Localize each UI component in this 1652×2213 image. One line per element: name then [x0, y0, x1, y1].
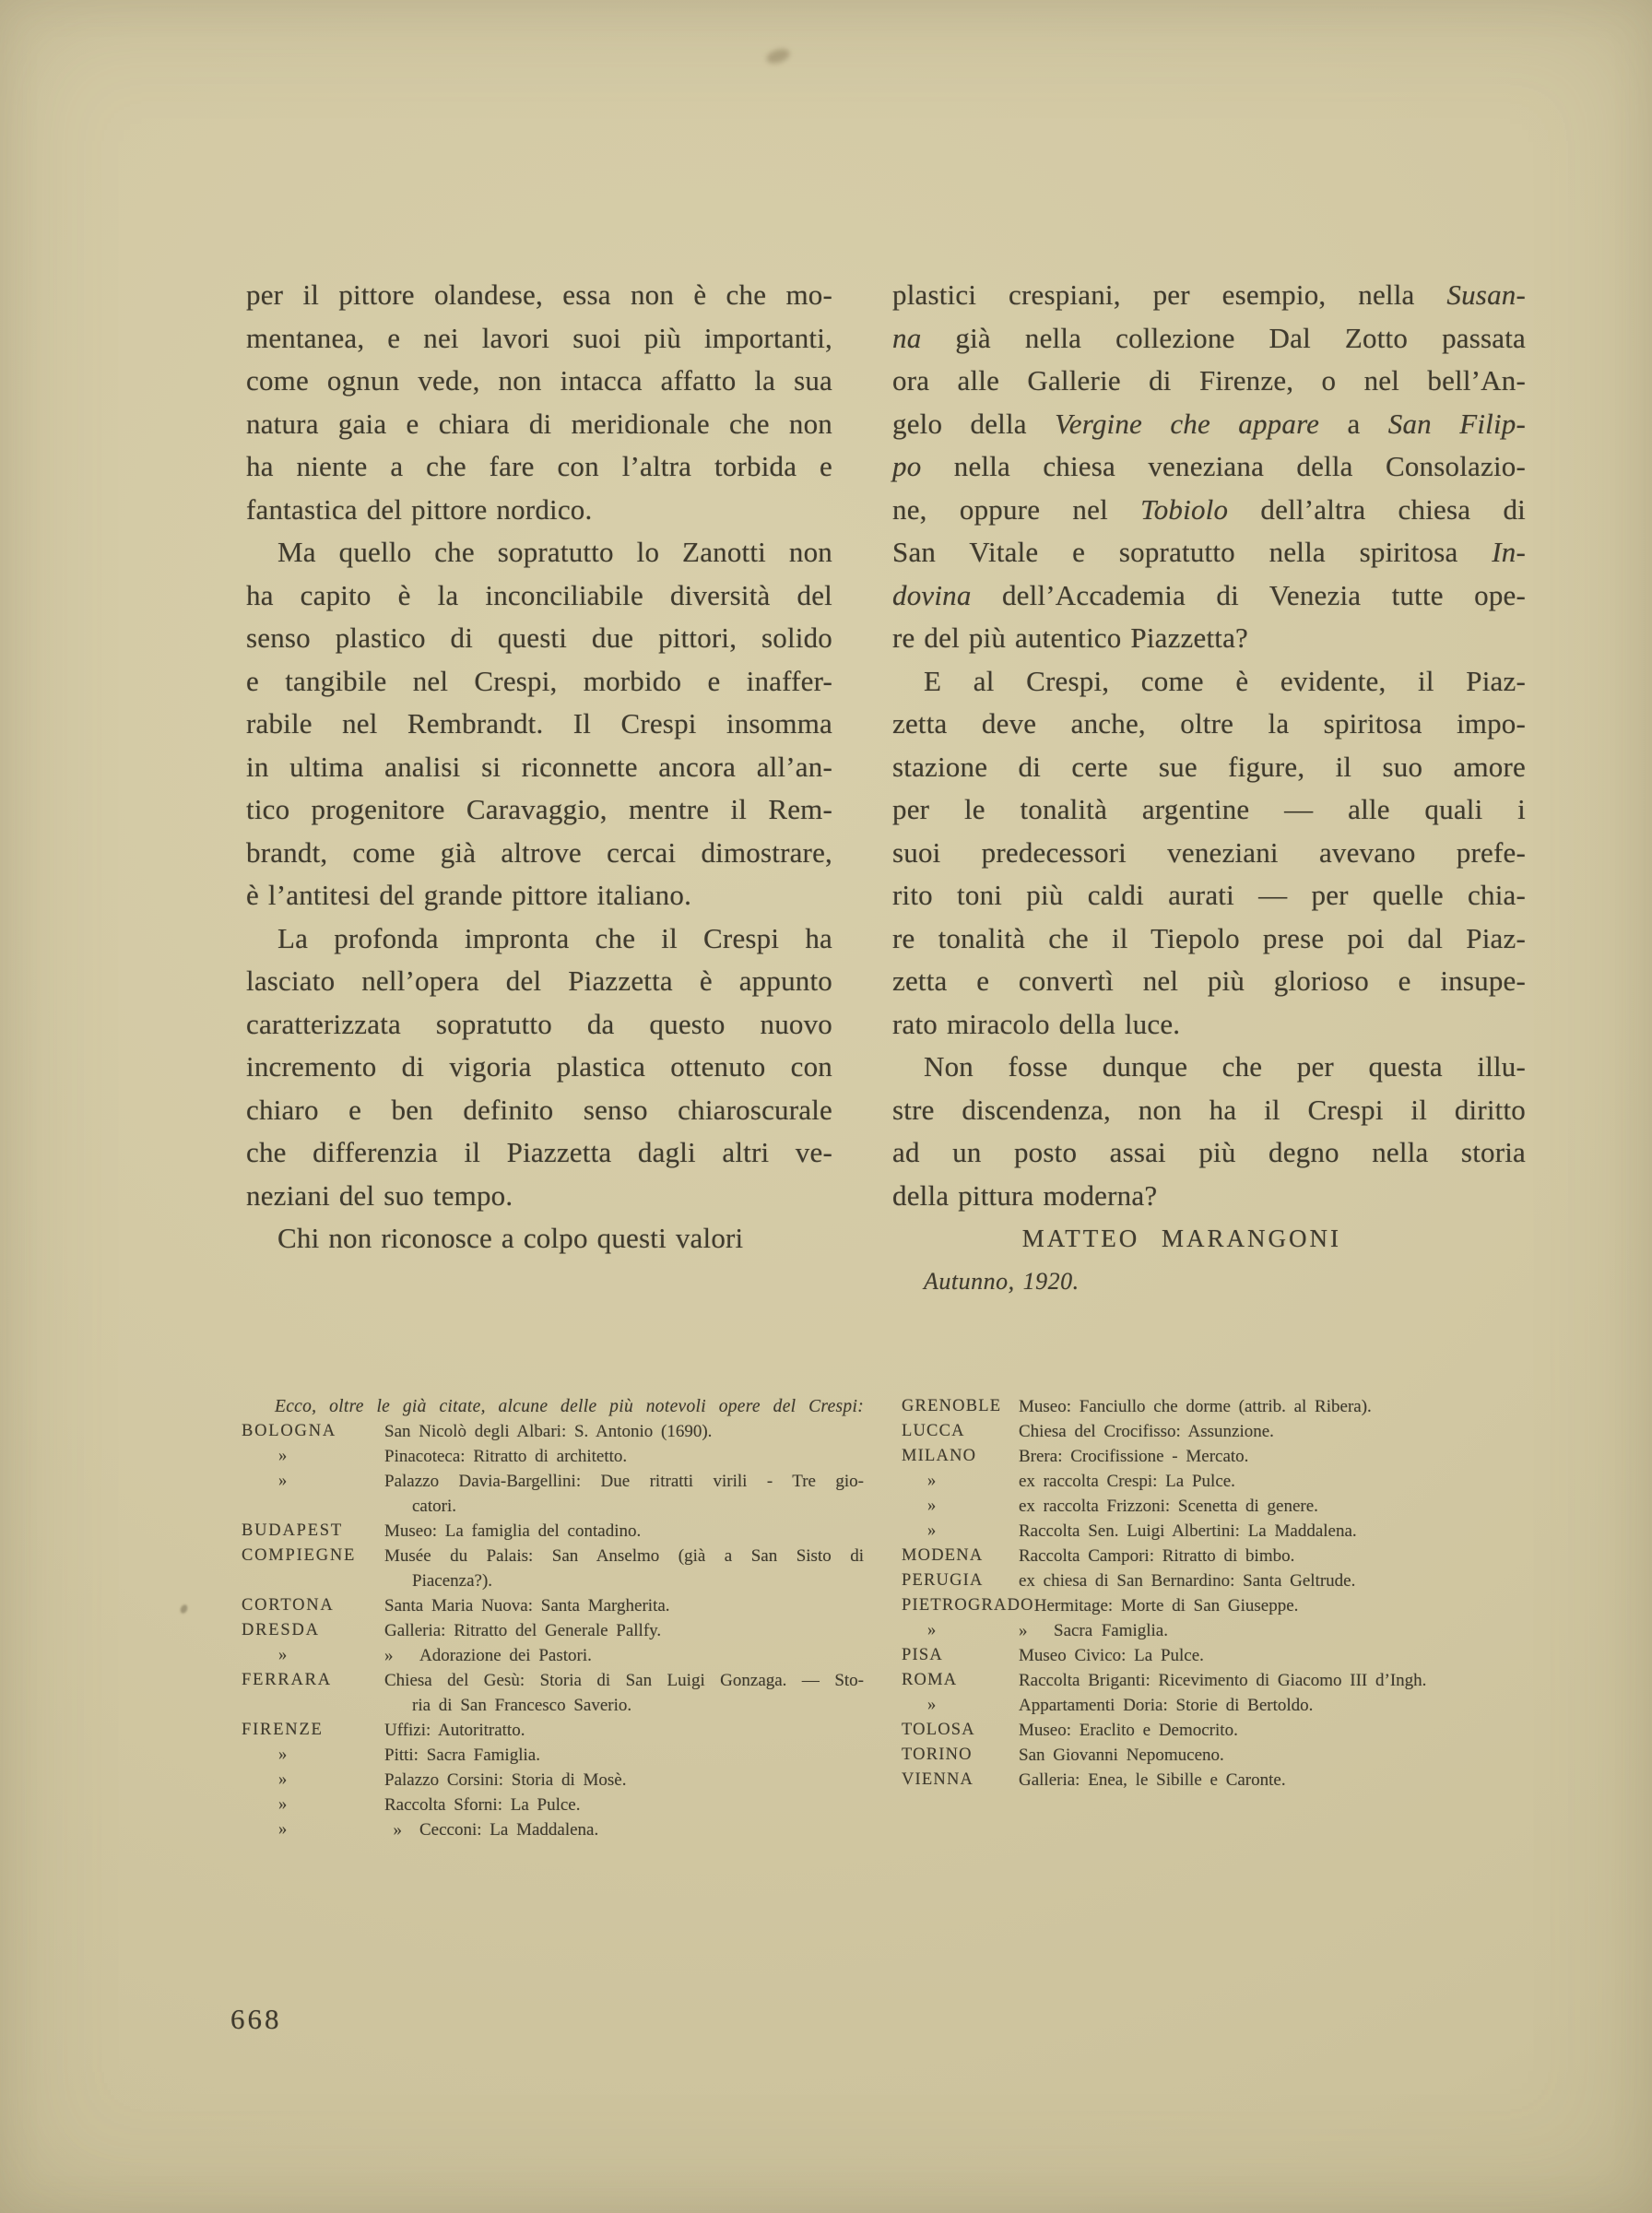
author-signature: MATTEO MARANGONI — [892, 1217, 1526, 1260]
city-label: MILANO — [902, 1444, 1019, 1469]
catalog-row: »Palazzo Davia-Bargellini: Due ritratti … — [242, 1469, 864, 1519]
catalog-row: LUCCAChiesa del Crocifisso: Assunzione. — [902, 1419, 1547, 1444]
work-line: Raccolta Briganti: Ricevimento di Giacom… — [1019, 1668, 1547, 1693]
city-label: » — [242, 1817, 384, 1842]
work-description: Palazzo Corsini: Storia di Mosè. — [384, 1768, 864, 1793]
text-line: plastici crespiani, per esempio, nella S… — [892, 274, 1526, 317]
text-line: Chi non riconosce a colpo questi valori — [246, 1217, 832, 1260]
catalog-row: CORTONASanta Maria Nuova: Santa Margheri… — [242, 1593, 864, 1618]
text-line: neziani del suo tempo. — [246, 1175, 832, 1218]
catalog-row: »Pinacoteca: Ritratto di architetto. — [242, 1444, 864, 1469]
work-description: Santa Maria Nuova: Santa Margherita. — [384, 1593, 864, 1618]
article-column-right-lines: plastici crespiani, per esempio, nella S… — [892, 274, 1526, 1217]
work-line: catori. — [384, 1494, 864, 1519]
text-line: San Vitale e sopratutto nella spiritosa … — [892, 531, 1526, 574]
text-line: re tonalità che il Tiepolo prese poi dal… — [892, 917, 1526, 961]
work-description: Raccolta Briganti: Ricevimento di Giacom… — [1019, 1668, 1547, 1693]
catalog-row: COMPIEGNEMusée du Palais: San Anselmo (g… — [242, 1544, 864, 1593]
catalog-row: PERUGIAex chiesa di San Bernardino: Sant… — [902, 1568, 1547, 1593]
work-line: Pitti: Sacra Famiglia. — [384, 1743, 864, 1768]
work-description: Appartamenti Doria: Storie di Bertoldo. — [1019, 1693, 1547, 1718]
city-label: LUCCA — [902, 1419, 1019, 1444]
text-line: incremento di vigoria plastica ottenuto … — [246, 1046, 832, 1089]
text-line: dovina dell’Accademia di Venezia tutte o… — [892, 574, 1526, 618]
city-label: » — [242, 1444, 384, 1469]
text-line: è l’antitesi del grande pittore italiano… — [246, 874, 832, 917]
city-label: DRESDA — [242, 1618, 384, 1643]
work-line: Chiesa del Crocifisso: Assunzione. — [1019, 1419, 1547, 1444]
text-line: gelo della Vergine che appare a San Fili… — [892, 403, 1526, 446]
city-label: CORTONA — [242, 1593, 384, 1618]
catalog-row: FERRARAChiesa del Gesù: Storia di San Lu… — [242, 1668, 864, 1718]
city-label: » — [902, 1494, 1019, 1519]
work-line: ria di San Francesco Saverio. — [384, 1693, 864, 1718]
work-description: » Sacra Famiglia. — [1019, 1618, 1547, 1643]
text-line: chiaro e ben definito senso chiaroscural… — [246, 1089, 832, 1132]
work-line: Brera: Crocifissione - Mercato. — [1019, 1444, 1547, 1469]
catalog-row: PISAMuseo Civico: La Pulce. — [902, 1643, 1547, 1668]
city-label: TORINO — [902, 1743, 1019, 1768]
text-line: po nella chiesa veneziana della Consolaz… — [892, 445, 1526, 489]
work-line: ex chiesa di San Bernardino: Santa Geltr… — [1019, 1568, 1547, 1593]
text-line: brandt, come già altrove cercai dimostra… — [246, 832, 832, 875]
catalog-row: GRENOBLEMuseo: Fanciullo che dorme (attr… — [902, 1394, 1547, 1419]
text-line: tico progenitore Caravaggio, mentre il R… — [246, 788, 832, 832]
article-column-right: plastici crespiani, per esempio, nella S… — [892, 274, 1526, 1303]
catalog-row: MODENARaccolta Campori: Ritratto di bimb… — [902, 1544, 1547, 1568]
work-description: ex raccolta Frizzoni: Scenetta di genere… — [1019, 1494, 1547, 1519]
work-line: Raccolta Sforni: La Pulce. — [384, 1793, 864, 1817]
work-line: Galleria: Ritratto del Generale Pallfy. — [384, 1618, 864, 1643]
text-line: re del più autentico Piazzetta? — [892, 617, 1526, 660]
work-description: Raccolta Sen. Luigi Albertini: La Maddal… — [1019, 1519, 1547, 1544]
city-label: TOLOSA — [902, 1718, 1019, 1743]
city-label: » — [242, 1768, 384, 1793]
work-line: Palazzo Corsini: Storia di Mosè. — [384, 1768, 864, 1793]
paper-speck — [179, 1604, 189, 1615]
work-description: Palazzo Davia-Bargellini: Due ritratti v… — [384, 1469, 864, 1519]
work-description: Galleria: Ritratto del Generale Pallfy. — [384, 1618, 864, 1643]
catalog-row: BUDAPESTMuseo: La famiglia del contadino… — [242, 1519, 864, 1544]
work-description: San Giovanni Nepomuceno. — [1019, 1743, 1547, 1768]
text-line: mentanea, e nei lavori suoi più importan… — [246, 317, 832, 361]
work-line: Raccolta Campori: Ritratto di bimbo. — [1019, 1544, 1547, 1568]
text-line: rato miracolo della luce. — [892, 1003, 1526, 1047]
text-line: lasciato nell’opera del Piazzetta è appu… — [246, 960, 832, 1003]
catalog-row: DRESDAGalleria: Ritratto del Generale Pa… — [242, 1618, 864, 1643]
text-line: rabile nel Rembrandt. Il Crespi insomma — [246, 703, 832, 746]
work-description: San Nicolò degli Albari: S. Antonio (169… — [384, 1419, 864, 1444]
page-number: 668 — [230, 2003, 282, 2036]
text-line: della pittura moderna? — [892, 1175, 1526, 1218]
work-line: Hermitage: Morte di San Giuseppe. — [1034, 1593, 1547, 1618]
article-column-left: per il pittore olandese, essa non è che … — [246, 274, 832, 1260]
work-line: Palazzo Davia-Bargellini: Due ritratti v… — [384, 1469, 864, 1494]
city-label: MODENA — [902, 1544, 1019, 1568]
text-line: na già nella collezione Dal Zotto passat… — [892, 317, 1526, 361]
text-line: fantastica del pittore nordico. — [246, 489, 832, 532]
catalog-left: Ecco, oltre le già citate, alcune delle … — [242, 1394, 864, 1842]
city-label: PISA — [902, 1643, 1019, 1668]
city-label: PIETROGRADO — [902, 1593, 1034, 1618]
catalog-row: »Pitti: Sacra Famiglia. — [242, 1743, 864, 1768]
work-description: Chiesa del Crocifisso: Assunzione. — [1019, 1419, 1547, 1444]
city-label: » — [902, 1618, 1019, 1643]
city-label: VIENNA — [902, 1768, 1019, 1793]
work-line: Museo: Eraclito e Democrito. — [1019, 1718, 1547, 1743]
city-label: » — [242, 1743, 384, 1768]
text-line: suoi predecessori veneziani avevano pref… — [892, 832, 1526, 875]
catalog-row: BOLOGNASan Nicolò degli Albari: S. Anton… — [242, 1419, 864, 1444]
text-line: E al Crespi, come è evidente, il Piaz- — [892, 660, 1526, 704]
work-description: Chiesa del Gesù: Storia di San Luigi Gon… — [384, 1668, 864, 1718]
catalog-row: »Raccolta Sforni: La Pulce. — [242, 1793, 864, 1817]
catalog-intro: Ecco, oltre le già citate, alcune delle … — [242, 1394, 864, 1419]
work-description: Pinacoteca: Ritratto di architetto. — [384, 1444, 864, 1469]
city-label: GRENOBLE — [902, 1394, 1019, 1419]
catalog-left-rows: BOLOGNASan Nicolò degli Albari: S. Anton… — [242, 1419, 864, 1842]
city-label: » — [242, 1643, 384, 1668]
work-line: » Sacra Famiglia. — [1019, 1618, 1547, 1643]
city-label: » — [902, 1693, 1019, 1718]
catalog-row: » » Cecconi: La Maddalena. — [242, 1817, 864, 1842]
text-line: ha niente a che fare con l’altra torbida… — [246, 445, 832, 489]
work-description: Museo: Fanciullo che dorme (attrib. al R… — [1019, 1394, 1547, 1419]
catalog-row: TOLOSAMuseo: Eraclito e Democrito. — [902, 1718, 1547, 1743]
text-line: ad un posto assai più degno nella storia — [892, 1131, 1526, 1175]
scanned-book-page: per il pittore olandese, essa non è che … — [0, 0, 1652, 2213]
city-label: BOLOGNA — [242, 1419, 384, 1444]
work-description: Brera: Crocifissione - Mercato. — [1019, 1444, 1547, 1469]
work-line: ex raccolta Crespi: La Pulce. — [1019, 1469, 1547, 1494]
catalog-row: PIETROGRADOHermitage: Morte di San Giuse… — [902, 1593, 1547, 1618]
work-line: Appartamenti Doria: Storie di Bertoldo. — [1019, 1693, 1547, 1718]
text-line: zetta deve anche, oltre la spiritosa imp… — [892, 703, 1526, 746]
catalog-row: »ex raccolta Crespi: La Pulce. — [902, 1469, 1547, 1494]
work-line: » Cecconi: La Maddalena. — [384, 1817, 864, 1842]
text-line: come ognun vede, non intacca affatto la … — [246, 360, 832, 403]
catalog-row: »Raccolta Sen. Luigi Albertini: La Madda… — [902, 1519, 1547, 1544]
work-description: Musée du Palais: San Anselmo (già a San … — [384, 1544, 864, 1593]
text-line: Non fosse dunque che per questa illu- — [892, 1046, 1526, 1089]
work-line: Galleria: Enea, le Sibille e Caronte. — [1019, 1768, 1547, 1793]
catalog-row: TORINOSan Giovanni Nepomuceno. — [902, 1743, 1547, 1768]
catalog-right-rows: GRENOBLEMuseo: Fanciullo che dorme (attr… — [902, 1394, 1547, 1793]
work-line: Uffizi: Autoritratto. — [384, 1718, 864, 1743]
work-description: ex chiesa di San Bernardino: Santa Geltr… — [1019, 1568, 1547, 1593]
text-line: Ma quello che sopratutto lo Zanotti non — [246, 531, 832, 574]
text-line: ora alle Gallerie di Firenze, o nel bell… — [892, 360, 1526, 403]
text-line: per le tonalità argentine — alle quali i — [892, 788, 1526, 832]
work-line: Santa Maria Nuova: Santa Margherita. — [384, 1593, 864, 1618]
text-line: stre discendenza, non ha il Crespi il di… — [892, 1089, 1526, 1132]
work-description: Pitti: Sacra Famiglia. — [384, 1743, 864, 1768]
text-line: zetta e convertì nel più glorioso e insu… — [892, 960, 1526, 1003]
work-line: Piacenza?). — [384, 1568, 864, 1593]
work-line: Museo: Fanciullo che dorme (attrib. al R… — [1019, 1394, 1547, 1419]
city-label: FERRARA — [242, 1668, 384, 1693]
city-label: PERUGIA — [902, 1568, 1019, 1593]
catalog-row: MILANOBrera: Crocifissione - Mercato. — [902, 1444, 1547, 1469]
work-line: Museo: La famiglia del contadino. — [384, 1519, 864, 1544]
city-label: » — [902, 1469, 1019, 1494]
work-line: Chiesa del Gesù: Storia di San Luigi Gon… — [384, 1668, 864, 1693]
catalog-row: ROMARaccolta Briganti: Ricevimento di Gi… — [902, 1668, 1547, 1693]
work-line: Raccolta Sen. Luigi Albertini: La Maddal… — [1019, 1519, 1547, 1544]
work-description: Raccolta Campori: Ritratto di bimbo. — [1019, 1544, 1547, 1568]
text-line: stazione di certe sue figure, il suo amo… — [892, 746, 1526, 789]
text-line: che differenzia il Piazzetta dagli altri… — [246, 1131, 832, 1175]
dateline: Autunno, 1920. — [892, 1260, 1526, 1304]
work-description: Galleria: Enea, le Sibille e Caronte. — [1019, 1768, 1547, 1793]
work-description: Uffizi: Autoritratto. — [384, 1718, 864, 1743]
work-line: » Adorazione dei Pastori. — [384, 1643, 864, 1668]
text-line: ne, oppure nel Tobiolo dell’altra chiesa… — [892, 489, 1526, 532]
work-description: Raccolta Sforni: La Pulce. — [384, 1793, 864, 1817]
work-description: » Cecconi: La Maddalena. — [384, 1817, 864, 1842]
catalog-row: »Palazzo Corsini: Storia di Mosè. — [242, 1768, 864, 1793]
work-line: Pinacoteca: Ritratto di architetto. — [384, 1444, 864, 1469]
text-line: La profonda impronta che il Crespi ha — [246, 917, 832, 961]
work-line: Musée du Palais: San Anselmo (già a San … — [384, 1544, 864, 1568]
text-line: natura gaia e chiara di meridionale che … — [246, 403, 832, 446]
work-description: Museo: Eraclito e Democrito. — [1019, 1718, 1547, 1743]
catalog-row: »» Adorazione dei Pastori. — [242, 1643, 864, 1668]
city-label: » — [902, 1519, 1019, 1544]
text-line: per il pittore olandese, essa non è che … — [246, 274, 832, 317]
work-description: Museo Civico: La Pulce. — [1019, 1643, 1547, 1668]
work-description: Museo: La famiglia del contadino. — [384, 1519, 864, 1544]
work-description: ex raccolta Crespi: La Pulce. — [1019, 1469, 1547, 1494]
city-label: » — [242, 1469, 384, 1494]
work-description: » Adorazione dei Pastori. — [384, 1643, 864, 1668]
city-label: BUDAPEST — [242, 1519, 384, 1544]
paper-smudge — [764, 46, 791, 65]
city-label: COMPIEGNE — [242, 1544, 384, 1568]
work-line: San Giovanni Nepomuceno. — [1019, 1743, 1547, 1768]
text-line: in ultima analisi si riconnette ancora a… — [246, 746, 832, 789]
city-label: FIRENZE — [242, 1718, 384, 1743]
catalog-row: »Appartamenti Doria: Storie di Bertoldo. — [902, 1693, 1547, 1718]
work-description: Hermitage: Morte di San Giuseppe. — [1034, 1593, 1547, 1618]
catalog-row: VIENNAGalleria: Enea, le Sibille e Caron… — [902, 1768, 1547, 1793]
text-line: senso plastico di questi due pittori, so… — [246, 617, 832, 660]
work-line: ex raccolta Frizzoni: Scenetta di genere… — [1019, 1494, 1547, 1519]
city-label: ROMA — [902, 1668, 1019, 1693]
catalog-right: GRENOBLEMuseo: Fanciullo che dorme (attr… — [902, 1394, 1547, 1793]
text-line: e tangibile nel Crespi, morbido e inaffe… — [246, 660, 832, 704]
work-line: Museo Civico: La Pulce. — [1019, 1643, 1547, 1668]
catalog-row: »ex raccolta Frizzoni: Scenetta di gener… — [902, 1494, 1547, 1519]
work-line: San Nicolò degli Albari: S. Antonio (169… — [384, 1419, 864, 1444]
text-line: rito toni più caldi aurati — per quelle … — [892, 874, 1526, 917]
text-line: caratterizzata sopratutto da questo nuov… — [246, 1003, 832, 1047]
catalog-row: »» Sacra Famiglia. — [902, 1618, 1547, 1643]
city-label: » — [242, 1793, 384, 1817]
catalog-row: FIRENZEUffizi: Autoritratto. — [242, 1718, 864, 1743]
text-line: ha capito è la inconciliabile diversità … — [246, 574, 832, 618]
